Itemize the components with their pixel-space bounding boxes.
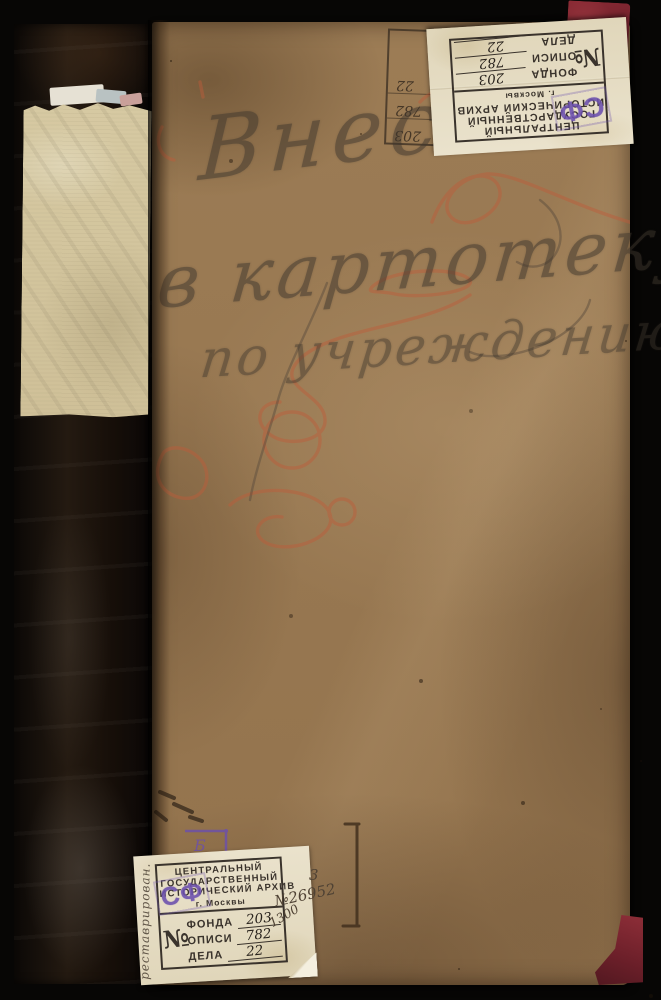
archive-stamp-box: ЦЕНТРАЛЬНЫЙ ГОСУДАРСТВЕННЫЙ ИСТОРИЧЕСКИЙ…: [449, 29, 609, 142]
fond-rows: № ФОНДА 203 ОПИСИ 782 ДЕЛА 22: [451, 32, 604, 91]
delo-label: ДЕЛА: [188, 949, 224, 963]
archive-stamp-box: ЦЕНТРАЛЬНЫЙ ГОСУДАРСТВЕННЫЙ ИСТОРИЧЕСКИЙ…: [155, 856, 288, 970]
delo-label: ДЕЛА: [540, 33, 576, 47]
delo-value: 22: [226, 941, 282, 961]
folded-label-corner: [286, 952, 317, 978]
cloth-patch: [20, 102, 151, 417]
numero-sign: №: [160, 914, 190, 965]
fond-label: ФОНДА: [530, 65, 577, 80]
dust-specks: [170, 60, 172, 62]
front-cover: Б Внесена в картотеку по учреждению: [152, 22, 630, 985]
digit-note: 3: [309, 866, 319, 884]
archive-label-top: ЦЕНТРАЛЬНЫЙ ГОСУДАРСТВЕННЫЙ ИСТОРИЧЕСКИЙ…: [426, 17, 633, 156]
restoration-note: реставрирован.: [138, 860, 153, 980]
hinge-shadow: [148, 20, 170, 986]
photo-of-archive-file-cover: Б Внесена в картотеку по учреждению 203 …: [0, 0, 661, 1000]
numero-sign: №: [573, 31, 603, 82]
bracket-mark: [343, 824, 359, 926]
patch-weave-texture: [20, 102, 151, 417]
opis-label: ОПИСИ: [531, 49, 577, 64]
